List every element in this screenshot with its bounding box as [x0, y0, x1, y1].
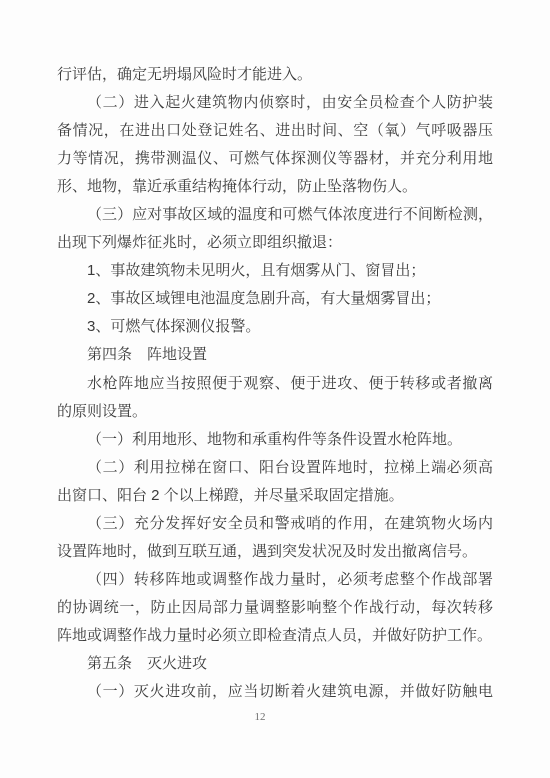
text-line: （三）应对事故区域的温度和可燃气体浓度进行不间断检测，: [57, 201, 493, 229]
text-line: 形、地物，靠近承重结构掩体行动，防止坠落物伤人。: [57, 173, 493, 201]
text-line: （一）利用地形、地物和承重构件等条件设置水枪阵地。: [57, 426, 493, 454]
text-line: 阵地或调整作战力量时必须立即检查清点人员，并做好防护工作。: [57, 622, 493, 650]
page-number: 12: [57, 711, 463, 723]
text-line: 行评估，确定无坍塌风险时才能进入。: [57, 61, 493, 89]
text-line: 2、事故区域锂电池温度急剧升高，有大量烟雾冒出；: [57, 285, 493, 313]
text-line: 备情况，在进出口处登记姓名、进出时间、空（氧）气呼吸器压: [57, 117, 493, 145]
text-line: 1、事故建筑物未见明火，且有烟雾从门、窗冒出；: [57, 257, 493, 285]
text-line: 设置阵地时，做到互联互通，遇到突发状况及时发出撤离信号。: [57, 538, 493, 566]
text-line: （二）利用拉梯在窗口、阳台设置阵地时，拉梯上端必须高: [57, 454, 493, 482]
text-line: （三）充分发挥好安全员和警戒哨的作用，在建筑物火场内: [57, 510, 493, 538]
text-line: 出窗口、阳台 2 个以上梯蹬，并尽量采取固定措施。: [57, 482, 493, 510]
text-line: 第四条 阵地设置: [57, 341, 493, 369]
document-page: 行评估，确定无坍塌风险时才能进入。（二）进入起火建筑物内侦察时，由安全员检查个人…: [0, 0, 550, 778]
text-line: 3、可燃气体探测仪报警。: [57, 313, 493, 341]
text-line: （一）灭火进攻前，应当切断着火建筑电源，并做好防触电: [57, 678, 493, 706]
document-text-block: 行评估，确定无坍塌风险时才能进入。（二）进入起火建筑物内侦察时，由安全员检查个人…: [57, 61, 493, 706]
text-line: 的原则设置。: [57, 398, 493, 426]
text-line: （四）转移阵地或调整作战力量时，必须考虑整个作战部署: [57, 566, 493, 594]
text-line: 水枪阵地应当按照便于观察、便于进攻、便于转移或者撤离: [57, 370, 493, 398]
text-line: 力等情况，携带测温仪、可燃气体探测仪等器材，并充分利用地: [57, 145, 493, 173]
text-line: 第五条 灭火进攻: [57, 650, 493, 678]
text-line: 出现下列爆炸征兆时，必须立即组织撤退：: [57, 229, 493, 257]
text-line: 的协调统一，防止因局部力量调整影响整个作战行动，每次转移: [57, 594, 493, 622]
text-line: （二）进入起火建筑物内侦察时，由安全员检查个人防护装: [57, 89, 493, 117]
